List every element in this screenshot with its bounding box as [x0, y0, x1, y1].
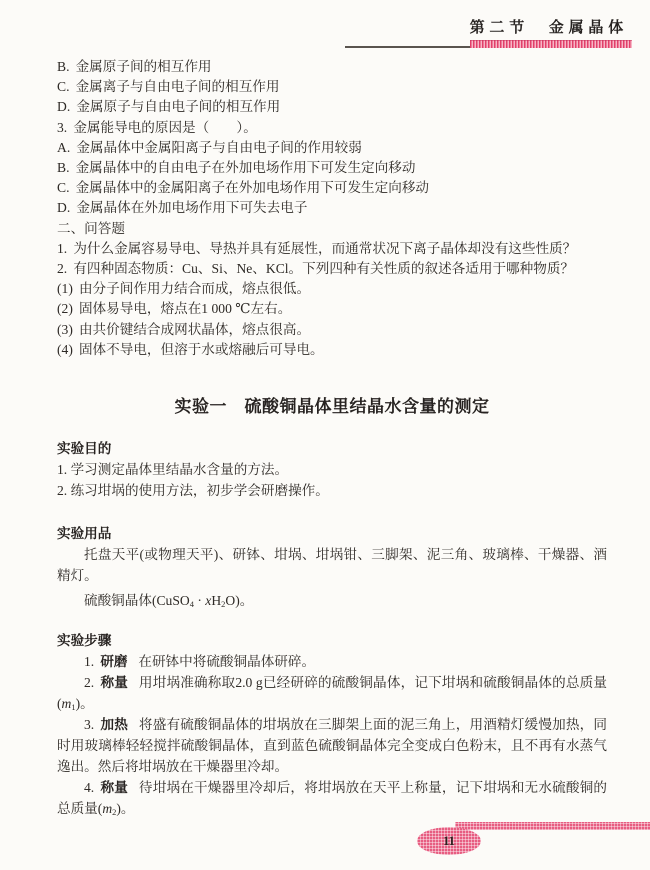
step-item: 2.称量用坩埚准确称取2.0 g已经研碎的硫酸铜晶体，记下坩埚和硫酸铜晶体的总质…: [57, 672, 607, 714]
sub-question-item: (1)由分子间作用力结合而成，熔点很低。: [57, 279, 607, 299]
choice-text: 金属原子间的相互作用: [76, 59, 212, 74]
choice-label: C.: [57, 79, 69, 94]
choice-item: C.金属晶体中的金属阳离子在外加电场作用下可发生定向移动: [57, 178, 607, 198]
choice-text: 金属晶体中的金属阳离子在外加电场作用下可发生定向移动: [76, 180, 429, 195]
step-keyword: 称量: [100, 675, 128, 690]
step-text: 用坩埚准确称取2.0 g已经研碎的硫酸铜晶体，记下坩埚和硫酸铜晶体的总质量(: [57, 675, 607, 711]
step-item: 3.加热将盛有硫酸铜晶体的坩埚放在三脚架上面的泥三角上，用酒精灯缓慢加热，同时用…: [57, 714, 607, 777]
reagent-h: H: [211, 593, 221, 608]
reagent-dot: ·: [194, 593, 205, 608]
sub-question-item: (3)由共价键结合成网状晶体，熔点很高。: [57, 320, 607, 340]
purpose-heading: 实验目的: [57, 438, 607, 459]
sub-question-text: 由分子间作用力结合而成，熔点很低。: [79, 281, 310, 296]
sub-question-label: (2): [57, 301, 73, 316]
step-item: 1.研磨在研钵中将硫酸铜晶体研碎。: [57, 651, 607, 672]
question-label: 3.: [57, 120, 67, 135]
reagent-formula: 硫酸铜晶体(CuSO4 · xH2O)。: [57, 590, 607, 611]
supplies-text: 托盘天平(或物理天平)、研钵、坩埚、坩埚钳、三脚架、泥三角、玻璃棒、干燥器、酒精…: [57, 544, 607, 586]
question-label: 2.: [57, 261, 67, 276]
reagent-suffix: O)。: [225, 593, 253, 608]
choice-label: B.: [57, 160, 69, 175]
variable-m2: m: [102, 801, 112, 816]
choice-text: 金属原子与自由电子间的相互作用: [76, 99, 280, 114]
choice-label: D.: [57, 200, 70, 215]
question-item: 2.有四种固态物质：Cu、Si、Ne、KCl。下列四种有关性质的叙述各适用于哪种…: [57, 259, 607, 279]
choice-text: 金属晶体在外加电场作用下可失去电子: [76, 200, 307, 215]
question-item: 3.金属能导电的原因是（ ）。: [57, 118, 607, 138]
reagent-prefix: 硫酸铜晶体(CuSO: [84, 593, 190, 608]
page-number: 11: [443, 834, 455, 849]
choice-label: C.: [57, 180, 69, 195]
choice-item: D.金属原子与自由电子间的相互作用: [57, 97, 607, 117]
page-content: B.金属原子间的相互作用 C.金属离子与自由电子间的相互作用 D.金属原子与自由…: [57, 57, 607, 819]
part-heading: 二、问答题: [57, 219, 607, 239]
step-keyword: 研磨: [100, 654, 127, 669]
step-number: 4.: [84, 780, 94, 795]
header-accent-band: [470, 40, 632, 48]
question-label: 1.: [57, 241, 67, 256]
supplies-heading: 实验用品: [57, 523, 607, 544]
footer-accent-band: [455, 822, 650, 830]
step-text: 在研钵中将硫酸铜晶体研碎。: [138, 654, 315, 669]
sub-question-item: (2)固体易导电，熔点在1 000 ℃左右。: [57, 299, 607, 319]
sub-question-label: (3): [57, 322, 73, 337]
choice-item: B.金属原子间的相互作用: [57, 57, 607, 77]
sub-question-text: 固体不导电，但溶于水或熔融后可导电。: [79, 342, 324, 357]
purpose-item: 2. 练习坩埚的使用方法，初步学会研磨操作。: [57, 480, 607, 501]
step-text: 待坩埚在干燥器里冷却后，将坩埚放在天平上称量，记下坩埚和无水硫酸铜的总质量(: [57, 780, 607, 816]
step-text: )。: [76, 696, 94, 711]
section-title: 第二节 金属晶体: [470, 16, 628, 37]
choice-label: D.: [57, 99, 70, 114]
step-number: 1.: [84, 654, 94, 669]
step-keyword: 称量: [100, 780, 128, 795]
page-number-ellipse: 11: [417, 827, 481, 855]
textbook-page: 第二节 金属晶体 B.金属原子间的相互作用 C.金属离子与自由电子间的相互作用 …: [0, 0, 650, 870]
question-text: 有四种固态物质：Cu、Si、Ne、KCl。下列四种有关性质的叙述各适用于哪种物质…: [73, 261, 574, 276]
purpose-item: 1. 学习测定晶体里结晶水含量的方法。: [57, 459, 607, 480]
step-text: )。: [116, 801, 134, 816]
choice-label: B.: [57, 59, 69, 74]
choice-item: D.金属晶体在外加电场作用下可失去电子: [57, 198, 607, 218]
sub-question-text: 固体易导电，熔点在1 000 ℃左右。: [79, 301, 291, 316]
choice-text: 金属晶体中的自由电子在外加电场作用下可发生定向移动: [76, 160, 416, 175]
steps-heading: 实验步骤: [57, 630, 607, 651]
choice-item: A.金属晶体中金属阳离子与自由电子间的作用较弱: [57, 138, 607, 158]
step-number: 2.: [84, 675, 94, 690]
experiment-title: 实验一 硫酸铜晶体里结晶水含量的测定: [57, 394, 607, 420]
sub-question-label: (1): [57, 281, 73, 296]
step-item: 4.称量待坩埚在干燥器里冷却后，将坩埚放在天平上称量，记下坩埚和无水硫酸铜的总质…: [57, 777, 607, 819]
question-text: 为什么金属容易导电、导热并具有延展性，而通常状况下离子晶体却没有这些性质？: [73, 241, 576, 256]
question-text: 金属能导电的原因是（ ）。: [73, 120, 257, 135]
variable-m1: m: [62, 696, 72, 711]
choice-text: 金属离子与自由电子间的相互作用: [76, 79, 280, 94]
choice-item: C.金属离子与自由电子间的相互作用: [57, 77, 607, 97]
choice-item: B.金属晶体中的自由电子在外加电场作用下可发生定向移动: [57, 158, 607, 178]
sub-question-label: (4): [57, 342, 73, 357]
question-item: 1.为什么金属容易导电、导热并具有延展性，而通常状况下离子晶体却没有这些性质？: [57, 239, 607, 259]
choice-text: 金属晶体中金属阳离子与自由电子间的作用较弱: [76, 140, 361, 155]
sub-question-text: 由共价键结合成网状晶体，熔点很高。: [79, 322, 310, 337]
step-number: 3.: [84, 717, 94, 732]
choice-label: A.: [57, 140, 70, 155]
sub-question-item: (4)固体不导电，但溶于水或熔融后可导电。: [57, 340, 607, 360]
step-text: 将盛有硫酸铜晶体的坩埚放在三脚架上面的泥三角上，用酒精灯缓慢加热，同时用玻璃棒轻…: [57, 717, 607, 774]
step-keyword: 加热: [100, 717, 128, 732]
